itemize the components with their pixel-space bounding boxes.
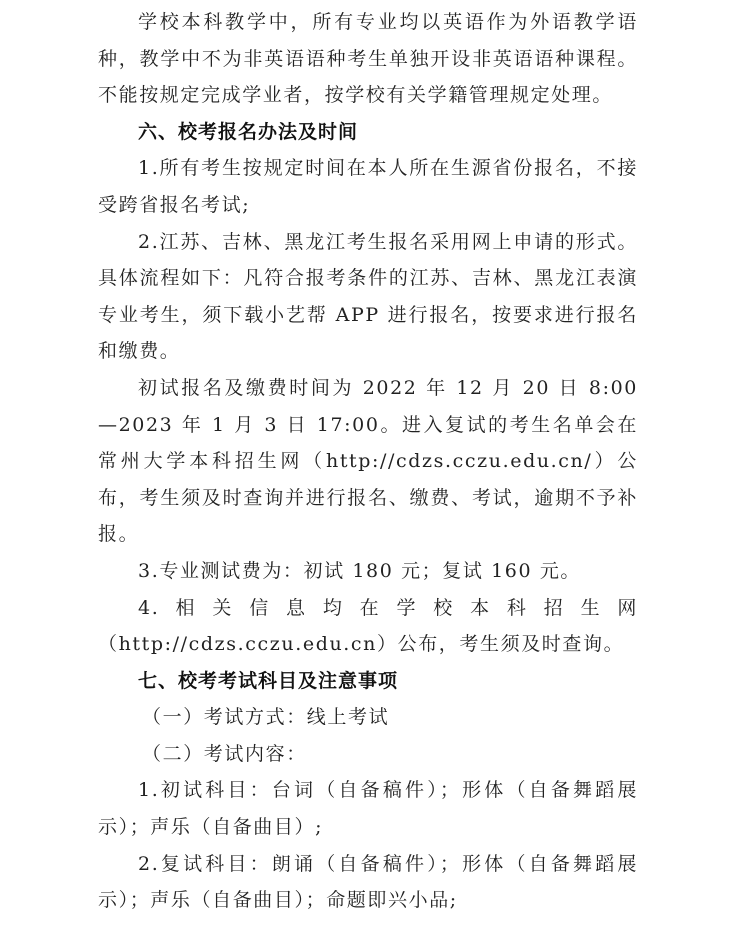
paragraph-info-website: 4.相关信息均在学校本科招生网（http://cdzs.cczu.edu.cn）… bbox=[98, 590, 638, 663]
paragraph-exam-content: （二）考试内容： bbox=[98, 736, 638, 773]
paragraph-registration-time: 初试报名及缴费时间为 2022 年 12 月 20 日 8:00—2023 年 … bbox=[98, 370, 638, 553]
section-heading-registration: 六、校考报名办法及时间 bbox=[98, 114, 638, 151]
document-page: 学校本科教学中，所有专业均以英语作为外语教学语种，教学中不为非英语语种考生单独开… bbox=[98, 4, 638, 919]
paragraph-registration-rule-2: 2.江苏、吉林、黑龙江考生报名采用网上申请的形式。具体流程如下：凡符合报考条件的… bbox=[98, 224, 638, 370]
paragraph-preliminary-subjects: 1.初试科目：台词（自备稿件）；形体（自备舞蹈展示）；声乐（自备曲目）; bbox=[98, 772, 638, 845]
paragraph-retest-subjects: 2.复试科目：朗诵（自备稿件）；形体（自备舞蹈展示）；声乐（自备曲目）；命题即兴… bbox=[98, 846, 638, 919]
section-heading-exam-subjects: 七、校考考试科目及注意事项 bbox=[98, 663, 638, 700]
paragraph-exam-method: （一）考试方式：线上考试 bbox=[98, 699, 638, 736]
paragraph-test-fee: 3.专业测试费为：初试 180 元；复试 160 元。 bbox=[98, 553, 638, 590]
paragraph-registration-rule-1: 1.所有考生按规定时间在本人所在生源省份报名，不接受跨省报名考试; bbox=[98, 150, 638, 223]
paragraph-english-teaching: 学校本科教学中，所有专业均以英语作为外语教学语种，教学中不为非英语语种考生单独开… bbox=[98, 4, 638, 114]
